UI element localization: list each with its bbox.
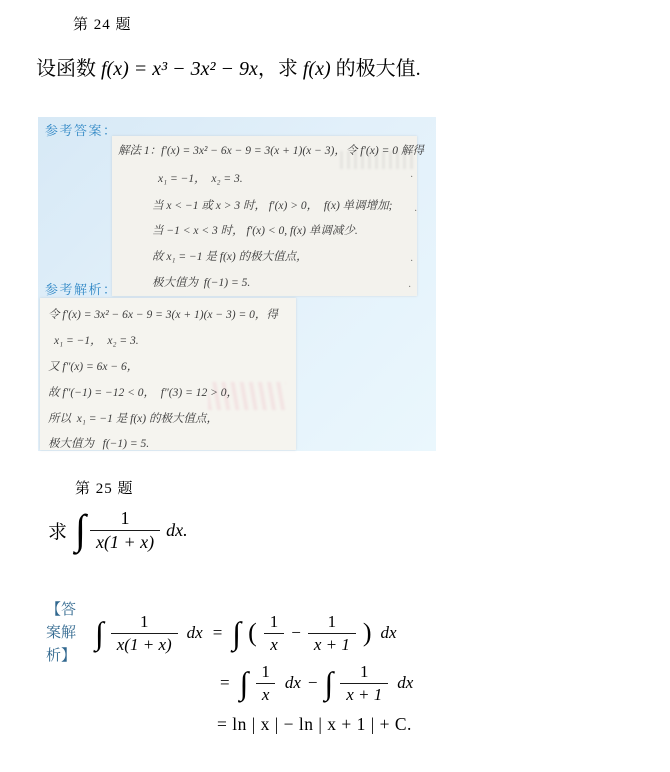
statement-math-2: f(x) [303, 58, 331, 80]
fraction-numerator: 1 [255, 662, 276, 683]
statement-math: f(x) = x³ − 3x² − 9x [101, 58, 258, 80]
scan-line: 所以 x₁ = −1 是 f(x) 的极大值点， [48, 410, 218, 426]
scan-line: 当 −1 < x < 3 时， f′(x) < 0, f(x) 单调减少. [152, 222, 358, 238]
equals-sign: = [210, 623, 226, 643]
question-24-title: 第 24 题 [73, 13, 132, 34]
integral-sign: ∫ [325, 667, 334, 699]
integral-sign: ∫ [95, 617, 104, 649]
scan-line: x₁ = −1， x₂ = 3. [158, 170, 243, 186]
fraction: 1 x + 1 [340, 662, 388, 704]
solution-line-3: = ln | x | − ln | x + 1 | + C. [217, 714, 413, 735]
integral-sign: ∫ [232, 617, 241, 649]
fraction: 1 x(1 + x) [90, 508, 160, 552]
differential: dx [285, 673, 301, 693]
differential: dx [187, 623, 203, 643]
exam-answer-page: 第 24 题 设函数 f(x) = x³ − 3x² − 9x，求 f(x) 的… [0, 0, 670, 772]
statement-prefix: 设函数 [36, 58, 96, 80]
fraction-denominator: x + 1 [308, 633, 356, 655]
question-24-statement: 设函数 f(x) = x³ − 3x² − 9x，求 f(x) 的极大值. [36, 52, 421, 81]
scan-line: 解法 1：f′(x) = 3x² − 6x − 9 = 3(x + 1)(x −… [118, 142, 424, 158]
fraction-numerator: 1 [134, 612, 155, 633]
scan-margin-dot: · [408, 282, 411, 293]
fraction-numerator: 1 [264, 612, 285, 633]
fraction-denominator: x(1 + x) [111, 633, 178, 655]
solution-line-2: = ∫ 1 x dx − ∫ 1 x + 1 dx [217, 662, 413, 704]
fraction-denominator: x + 1 [340, 683, 388, 705]
scan-line: 又 f″(x) = 6x − 6， [48, 358, 138, 374]
scan-margin-dot: · [410, 256, 413, 267]
open-paren: ( [248, 620, 257, 646]
fraction: 1 x [255, 662, 276, 704]
differential: dx. [166, 520, 188, 541]
scan-line: 故 f″(−1) = −12 < 0， f″(3) = 12 > 0， [48, 384, 238, 400]
solution-label-line: 案解 [28, 621, 76, 644]
fraction: 1 x [264, 612, 285, 654]
result-expression: = ln | x | − ln | x + 1 | + C. [217, 714, 412, 735]
equals-sign: = [217, 673, 233, 693]
scan-line: 极大值为 f(−1) = 5. [152, 274, 250, 290]
answer-scan-image: 解法 1：f′(x) = 3x² − 6x − 9 = 3(x + 1)(x −… [112, 136, 417, 296]
minus-sign: − [291, 623, 301, 643]
solution-label: 【答 案解 析】 [28, 598, 76, 667]
statement-prefix: 求 [48, 517, 67, 544]
scan-line: 极大值为 f(−1) = 5. [48, 435, 149, 451]
integral-sign: ∫ [75, 509, 86, 551]
scan-margin-dot: · [414, 206, 417, 217]
fraction-denominator: x [264, 633, 284, 655]
scan-line: 当 x < −1 或 x > 3 时， f′(x) > 0， f(x) 单调增加… [152, 197, 393, 213]
fraction-numerator: 1 [115, 508, 136, 530]
solution-line-1: ∫ 1 x(1 + x) dx = ∫ ( 1 x − 1 x + 1 ) dx [95, 612, 413, 654]
scan-line: x₁ = −1， x₂ = 3. [54, 332, 139, 348]
statement-middle: ，求 [258, 58, 298, 80]
scan-margin-dot: · [410, 172, 413, 183]
reference-answer-label: 参考答案： [45, 120, 118, 139]
question-25-title: 第 25 题 [75, 477, 134, 498]
solution-label-line: 【答 [28, 598, 76, 621]
fraction-numerator: 1 [354, 662, 375, 683]
fraction: 1 x + 1 [308, 612, 356, 654]
differential: dx [397, 673, 413, 693]
minus-sign: − [308, 673, 318, 693]
question-25-statement: 求 ∫ 1 x(1 + x) dx. [48, 502, 188, 558]
statement-suffix: 的极大值. [336, 58, 421, 80]
differential: dx [381, 623, 397, 643]
analysis-scan-image: 令 f′(x) = 3x² − 6x − 9 = 3(x + 1)(x − 3)… [40, 298, 296, 450]
scan-line: 故 x₁ = −1 是 f(x) 的极大值点， [152, 248, 308, 264]
reference-analysis-label: 参考解析： [45, 279, 118, 298]
fraction-numerator: 1 [322, 612, 343, 633]
solution-equations: ∫ 1 x(1 + x) dx = ∫ ( 1 x − 1 x + 1 ) dx… [95, 612, 413, 735]
fraction-denominator: x(1 + x) [90, 530, 160, 553]
fraction-denominator: x [256, 683, 276, 705]
integral-sign: ∫ [240, 667, 249, 699]
close-paren: ) [363, 620, 372, 646]
fraction: 1 x(1 + x) [111, 612, 178, 654]
solution-label-line: 析】 [28, 644, 76, 667]
reference-panel: 参考答案： 解法 1：f′(x) = 3x² − 6x − 9 = 3(x + … [38, 117, 436, 451]
scan-line: 令 f′(x) = 3x² − 6x − 9 = 3(x + 1)(x − 3)… [48, 306, 278, 322]
